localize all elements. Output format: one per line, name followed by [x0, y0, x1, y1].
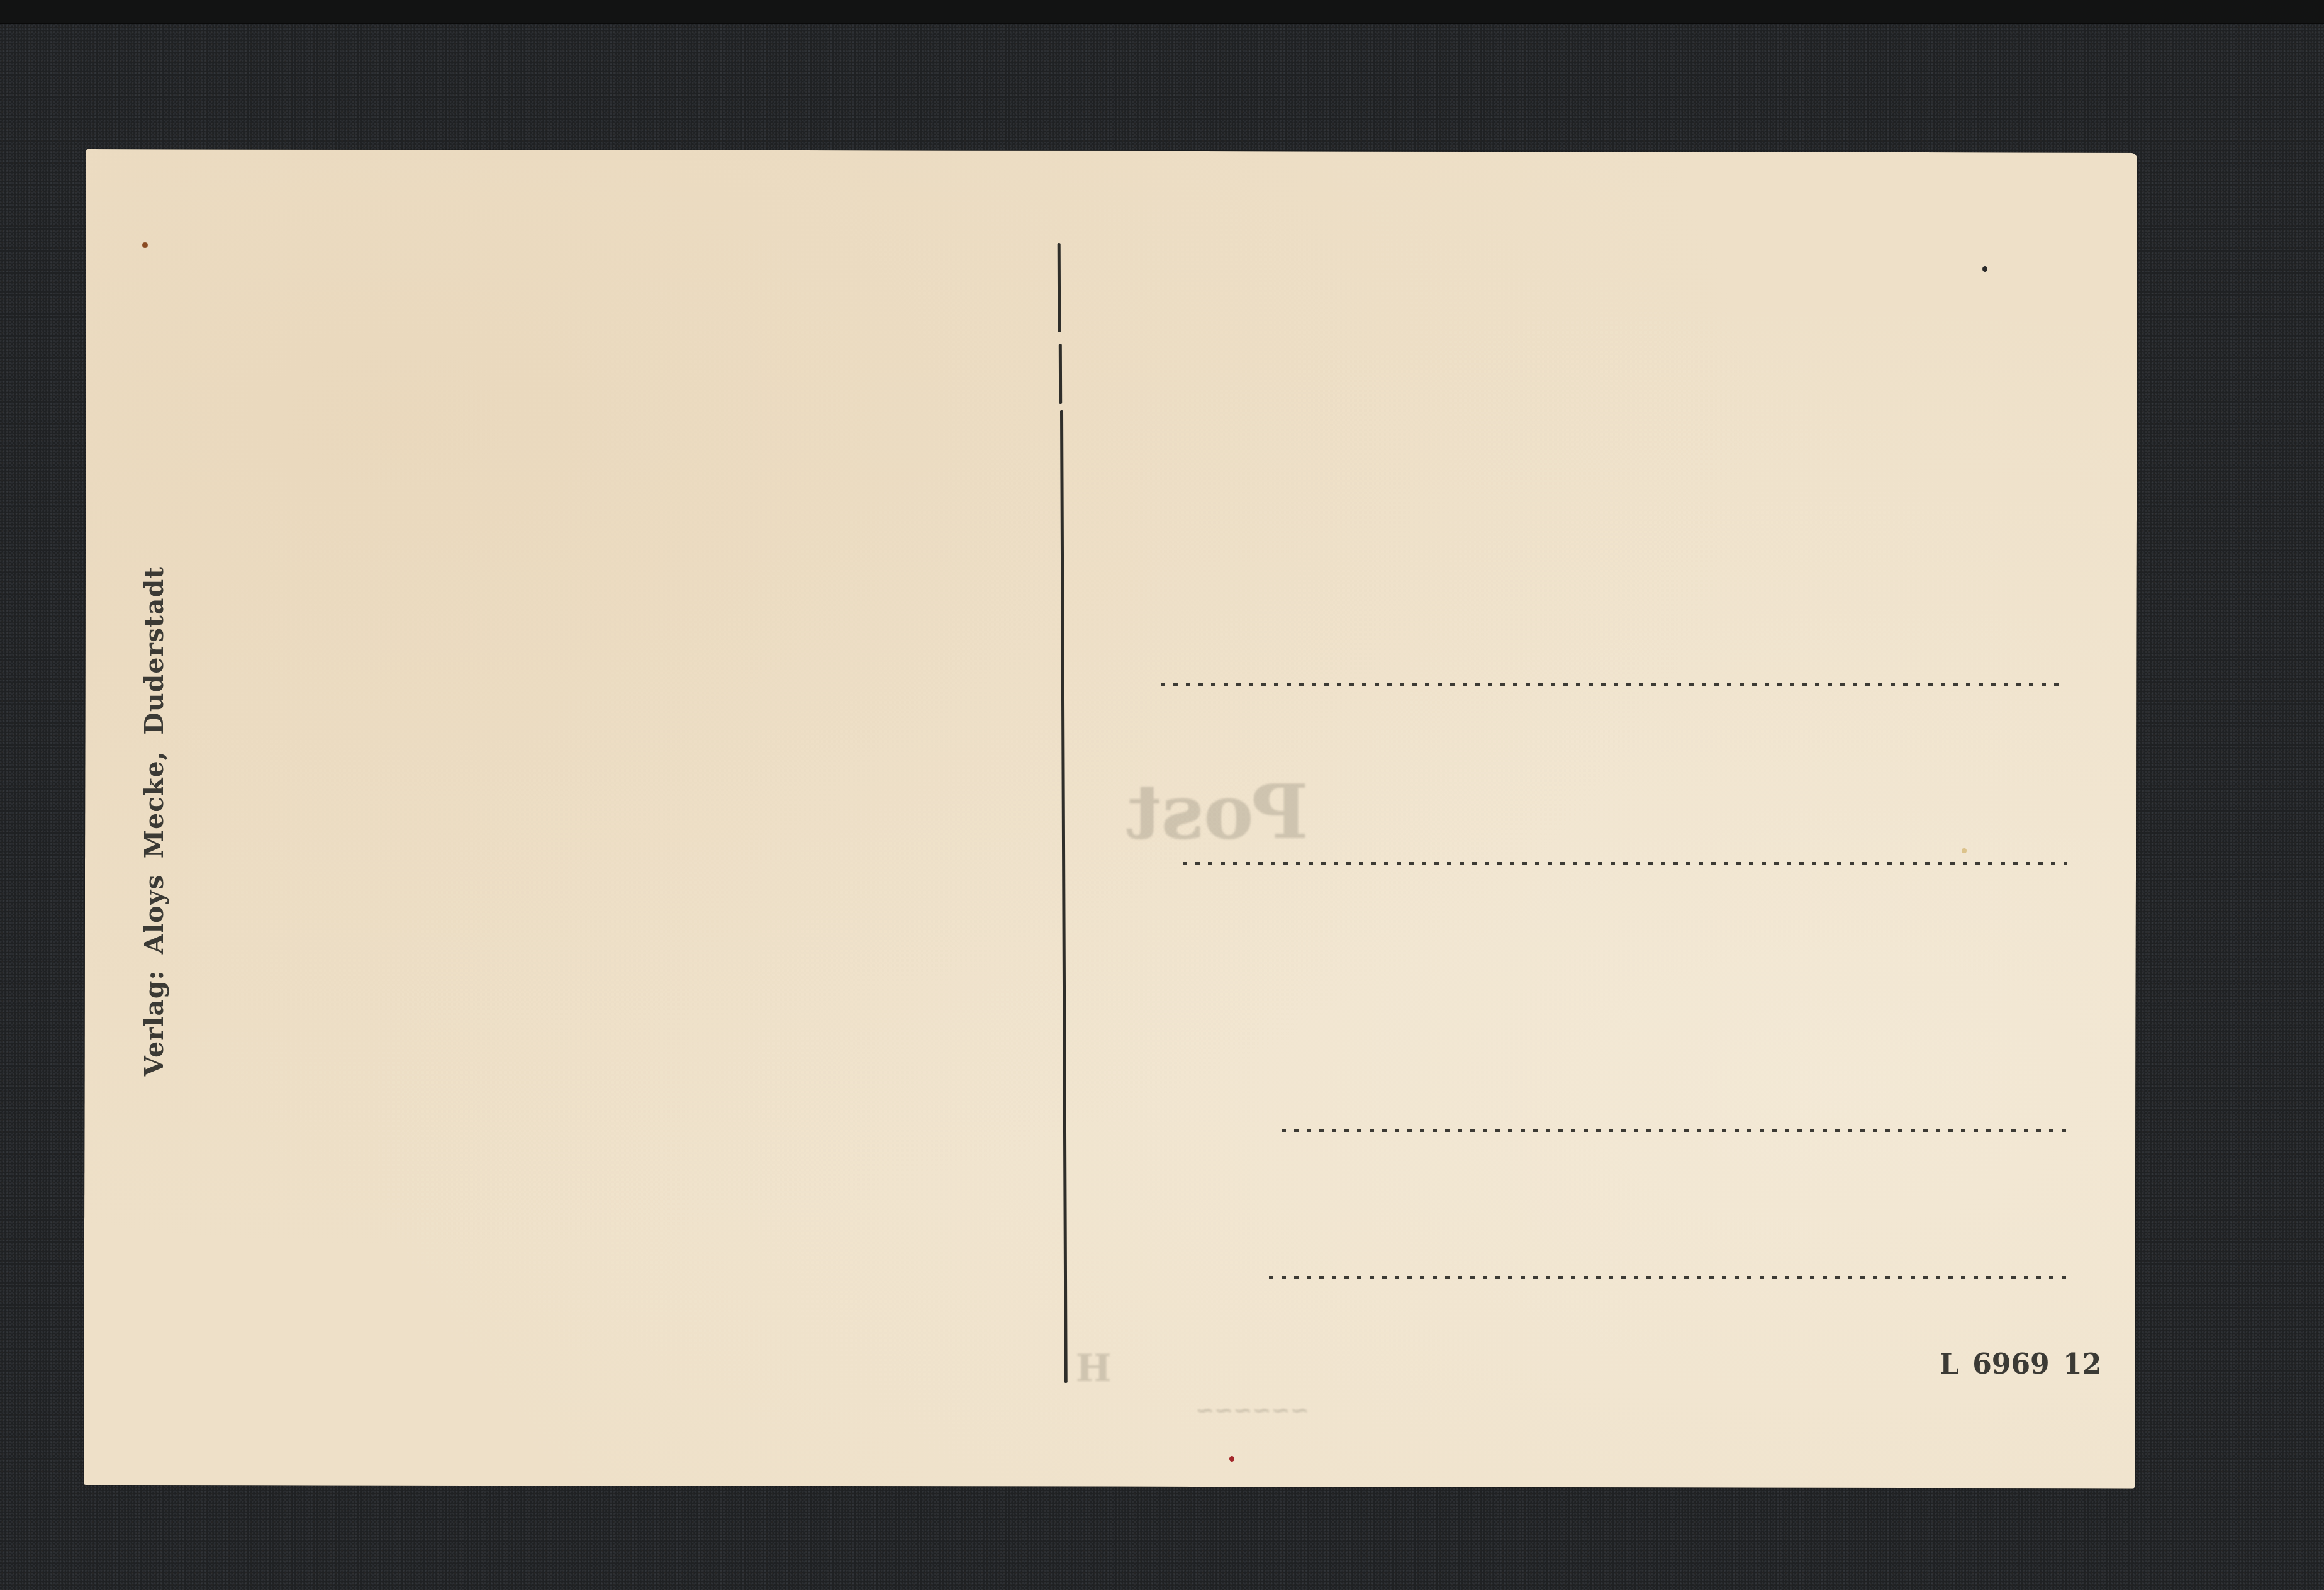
stain-spot: [1962, 848, 1967, 853]
stain-spot: [142, 242, 148, 248]
publisher-imprint: Verlag: Aloys Mecke, Duderstadt: [139, 566, 169, 1076]
address-line-3: [1282, 1129, 2070, 1132]
vertical-divider-line: [1058, 243, 1061, 332]
address-line-1: [1161, 683, 2062, 686]
scanner-top-strip: [0, 0, 2324, 24]
postcard-back: [84, 149, 2137, 1489]
stain-spot: [1982, 266, 1987, 272]
vertical-divider-line: [1059, 344, 1062, 404]
address-line-2: [1183, 862, 2067, 865]
catalog-code: L 6969 12: [1940, 1348, 2101, 1380]
address-line-4: [1269, 1276, 2073, 1279]
stain-spot: [1229, 1456, 1234, 1462]
